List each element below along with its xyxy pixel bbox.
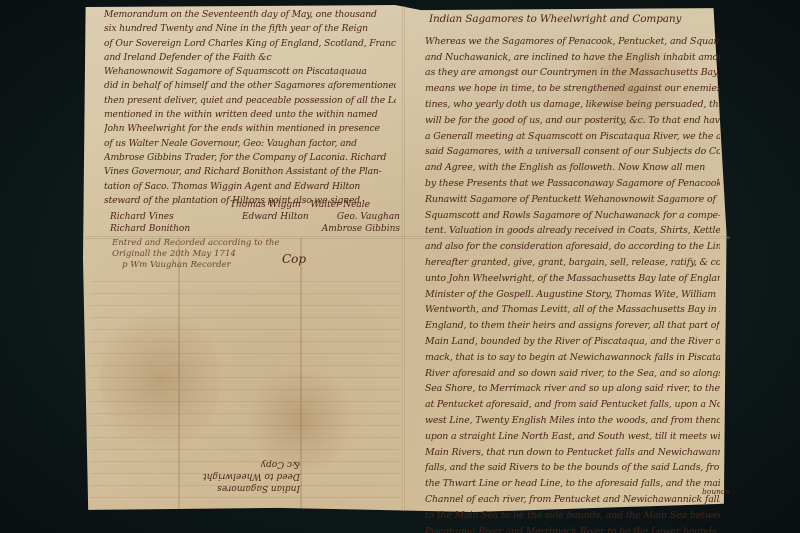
text-line: at Pentucket aforesaid, and from said Pe… [425,397,720,413]
copy-mark: Cop [282,252,306,266]
memorandum-text: Memorandum on the Seventeenth day of May… [104,8,396,208]
text-line: tation of Saco. Thomas Wiggin Agent and … [104,180,396,194]
text-line: of us Walter Neale Governour, Geo: Vaugh… [104,137,396,151]
text-line: mentioned in the within written deed unt… [104,108,396,122]
text-line: upon a straight Line North East, and Sou… [425,429,720,445]
endorsement-line: Indian Sagamores [190,482,300,494]
text-line: River aforesaid and so down said river, … [425,366,720,382]
minor-fold-crease [300,238,302,508]
text-line: and Agree, with the English as followeth… [425,160,720,176]
cert-line: Entred and Recorded according to the [112,238,312,249]
deed-heading: Indian Sagamores to Wheelwright and Comp… [429,12,720,28]
signature: Thomas Wiggin [230,199,301,211]
text-line: and also for the consideration aforesaid… [425,239,720,255]
text-line: Piscataqua River and Merrimack River to … [425,524,720,533]
text-line: hereafter granted, give, grant, bargain,… [425,255,720,271]
endorsement-line: Deed to Wheelwright [190,470,300,482]
deed-text: Indian Sagamores to Wheelwright and Comp… [425,12,720,533]
text-line: John Wheelwright for the ends within men… [104,122,396,136]
text-line: to the Main Sea to be the side bounds, a… [425,508,720,524]
upside-down-endorsement: Indian Sagamores Deed to Wheelwright &c … [190,458,300,494]
text-line: Vines Governour, and Richard Bonithon As… [104,165,396,179]
signature: Richard Bonithon [110,223,190,235]
text-line: Channel of each river, from Pentucket an… [425,492,720,508]
endorsement-line: &c Copy [190,458,300,470]
minor-fold-crease [178,238,180,508]
text-line: Memorandum on the Seventeenth day of May… [104,8,396,22]
text-line: of Our Sovereign Lord Charles King of En… [104,37,396,51]
text-line: will be for the good of us, and our post… [425,113,720,129]
text-line: and Ireland Defender of the Faith &c [104,51,396,65]
text-line: six hundred Twenty and Nine in the fifth… [104,22,396,36]
text-line: tent. Valuation in goods already receive… [425,223,720,239]
text-line: tines, who yearly doth us damage, likewi… [425,97,720,113]
text-line: unto John Wheelwright, of the Massachuse… [425,271,720,287]
text-line: Whereas we the Sagamores of Penacook, Pe… [425,34,720,50]
text-line: as they are amongst our Countrymen in th… [425,65,720,81]
text-line: did in behalf of himself and the other S… [104,79,396,93]
text-line: the Thwart Line or head Line, to the afo… [425,476,720,492]
text-line: Main Land, bounded by the River of Pisca… [425,334,720,350]
signature: Walter Neale [310,199,370,211]
text-line: Sea Shore, to Merrimack river and so up … [425,381,720,397]
text-line: by these Presents that we Passaconaway S… [425,176,720,192]
signature: Richard Vines [110,211,174,223]
text-line: Runawitt Sagamore of Pentuckett Wehanown… [425,192,720,208]
text-line: means we hope in time, to be strengthene… [425,81,720,97]
text-line: said Sagamores, with a universall consen… [425,144,720,160]
catchword: bounds [702,487,730,496]
signature: Geo. Vaughan [337,211,400,223]
text-line: Wehanownowit Sagamore of Squamscott on P… [104,65,396,79]
historical-deed-document: Memorandum on the Seventeenth day of May… [0,0,800,533]
text-line: west Line, Twenty English Miles into the… [425,413,720,429]
text-line: Ambrose Gibbins Trader, for the Company … [104,151,396,165]
text-line: Squamscott and Rowls Sagamore of Nuchawa… [425,208,720,224]
text-line: Wentworth, and Thomas Levitt, all of the… [425,302,720,318]
vertical-fold-crease [402,6,405,511]
signature-block: Thomas Wiggin Walter Neale Richard Vines… [110,199,400,235]
text-line: falls, and the said Rivers to be the bou… [425,460,720,476]
signature: Ambrose Gibbins [322,223,400,235]
text-line: then present deliver, quiet and peaceabl… [104,94,396,108]
text-line: and Nuchawanick, are inclined to have th… [425,50,720,66]
text-line: mack, that is to say to begin at Newicha… [425,350,720,366]
text-line: a Generall meeting at Squamscott on Pisc… [425,129,720,145]
text-line: England, to them their heirs and assigns… [425,318,720,334]
text-line: Minister of the Gospell. Augustine Story… [425,287,720,303]
text-line: Main Rivers, that run down to Pentucket … [425,445,720,461]
signature: Edward Hilton [242,211,309,223]
